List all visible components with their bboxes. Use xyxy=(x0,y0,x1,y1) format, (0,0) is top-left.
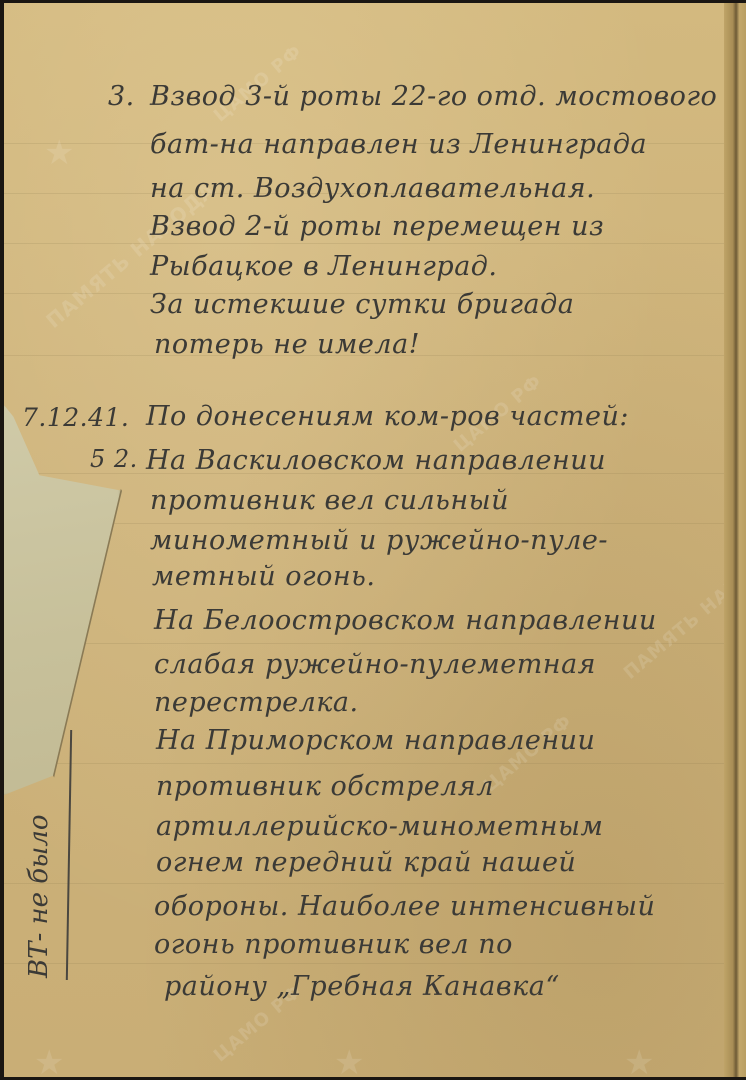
star-watermark-icon: ★ xyxy=(624,1043,654,1077)
ruled-line xyxy=(4,963,724,964)
entry-label: 5 2. xyxy=(90,447,138,471)
document-page: ★ ПАМЯТЬ НАРОДА ЦАМО РФ ЦАМО РФ ПАМЯТЬ Н… xyxy=(4,3,746,1077)
star-watermark-icon: ★ xyxy=(334,1043,364,1077)
entry-line: метный огонь. xyxy=(152,563,375,590)
entry-3-line: бат-на направлен из Ленинграда xyxy=(150,131,647,158)
entry-3-line: Взвод 3-й роты 22-го отд. мостового xyxy=(150,83,717,110)
entry-line: противник обстрелял xyxy=(156,773,494,800)
entry-line: району „Гребная Канавка“ xyxy=(164,973,560,1000)
ruled-line xyxy=(4,643,724,644)
entry-3-line: на ст. Воздухоплавательная. xyxy=(150,175,595,202)
binding-edge xyxy=(724,3,746,1077)
entry-line: перестрелка. xyxy=(154,689,359,716)
entry-line: артиллерийско-минометным xyxy=(156,813,603,840)
margin-note-underline xyxy=(66,730,72,980)
entry-3-label: 3. xyxy=(108,83,135,110)
entry-line: огнем передний край нашей xyxy=(156,849,576,876)
entry-3-line: Взвод 2-й роты перемещен из xyxy=(150,213,604,240)
margin-note: ВТ- не было xyxy=(24,814,54,978)
entry-3-line: За истекшие сутки бригада xyxy=(150,291,574,318)
ruled-line xyxy=(4,883,724,884)
star-watermark-icon: ★ xyxy=(44,133,74,173)
entry-line: На Приморском направлении xyxy=(156,727,595,754)
ruled-line xyxy=(4,763,724,764)
entry-line: обороны. Наиболее интенсивный xyxy=(154,893,655,920)
entry-line: противник вел сильный xyxy=(150,487,509,514)
star-watermark-icon: ★ xyxy=(34,1043,64,1077)
entry-line: На Белоостровском направлении xyxy=(154,607,657,634)
entry-line: огонь противник вел по xyxy=(154,931,513,958)
entry-3-line: потерь не имела! xyxy=(154,331,420,358)
entry-date: 7.12.41. xyxy=(22,405,129,430)
entry-heading: По донесениям ком-ров частей: xyxy=(146,403,629,430)
entry-line: слабая ружейно-пулеметная xyxy=(154,651,596,678)
ruled-line xyxy=(4,243,724,244)
entry-line: На Васкиловском направлении xyxy=(146,447,606,474)
entry-line: минометный и ружейно-пуле- xyxy=(150,527,608,554)
entry-3-line: Рыбацкое в Ленинград. xyxy=(150,253,498,280)
